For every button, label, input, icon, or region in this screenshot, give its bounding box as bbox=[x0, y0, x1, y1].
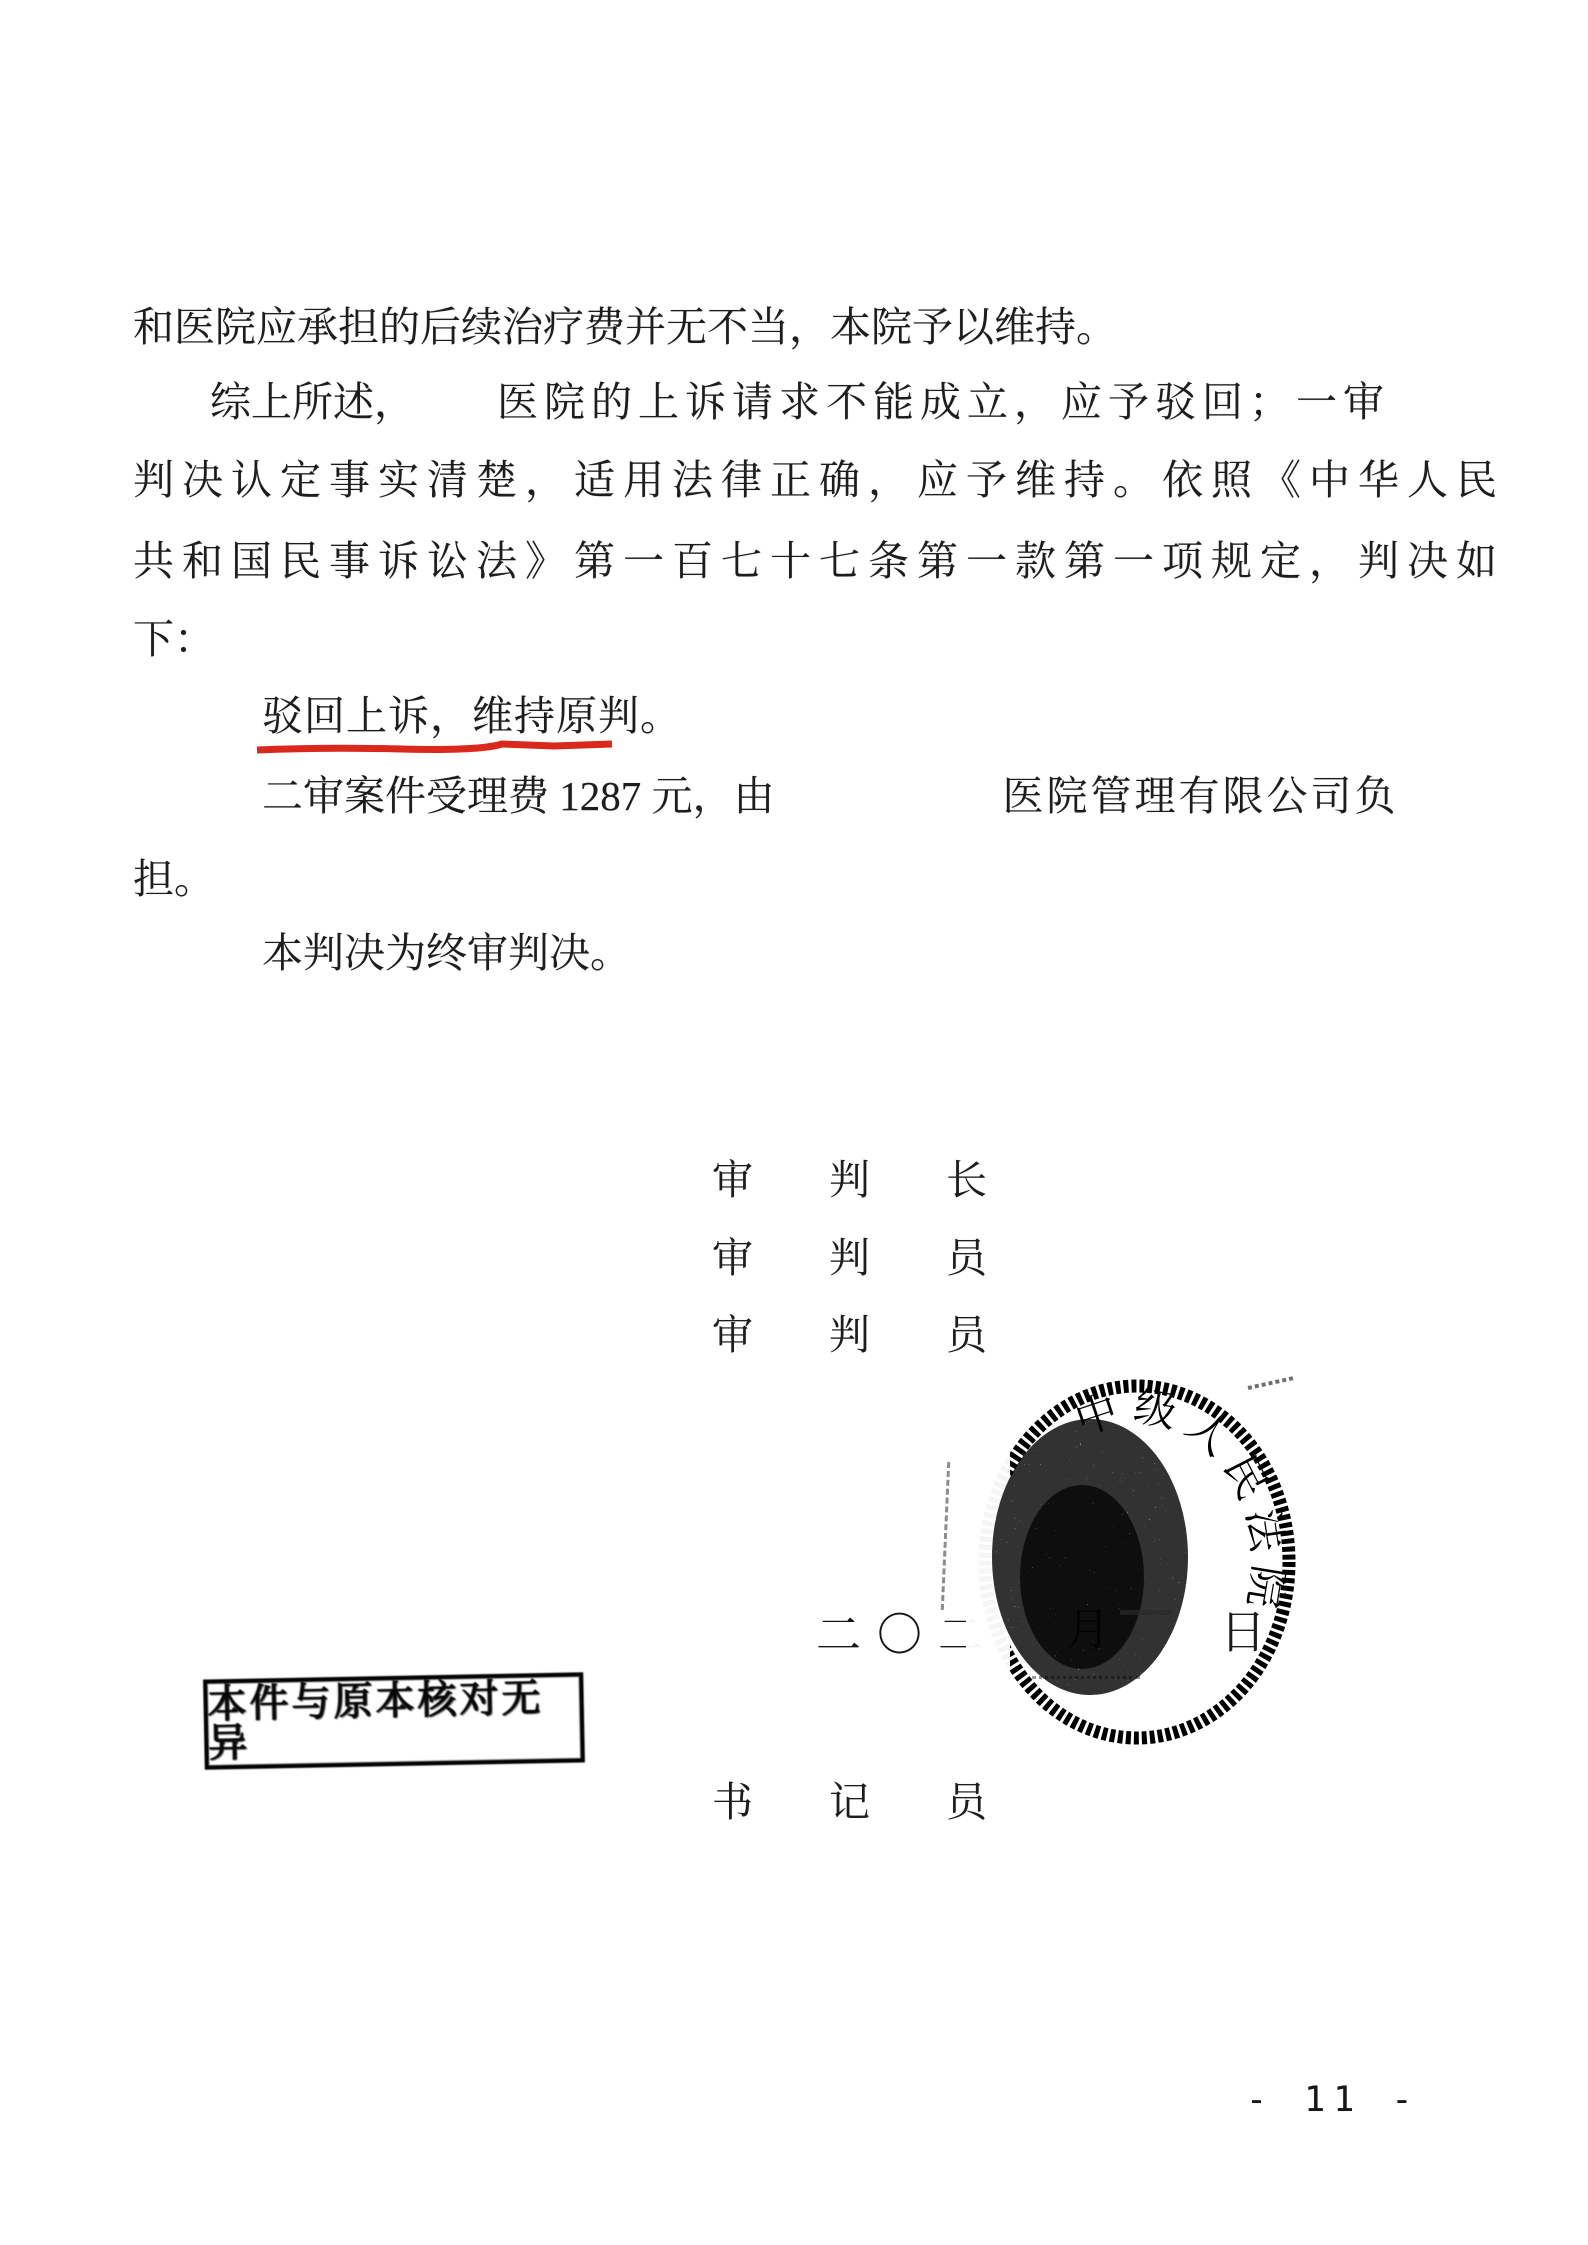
paragraph-line-1: 和医院应承担的后续治疗费并无不当，本院予以维持。 bbox=[133, 303, 1117, 351]
page-number: - 11 - bbox=[1246, 2080, 1420, 2120]
fee-lead-text: 二审案件受理费 1287 元，由 bbox=[262, 773, 775, 819]
verdict-line: 驳回上诉，维持原判。 bbox=[262, 692, 682, 740]
date-day-fragment: 日 bbox=[1220, 1607, 1266, 1658]
judge-label: 审判员 bbox=[712, 1238, 1063, 1279]
date-stroke-fragment bbox=[1120, 1610, 1172, 1615]
fee-line: 二审案件受理费 1287 元，由医院管理有限公司负 bbox=[262, 772, 1399, 820]
line2-rest-text: 医院的上诉请求不能成立，应予驳回；一审 bbox=[497, 379, 1390, 425]
scan-artifact-mark bbox=[941, 1462, 950, 1610]
date-month-fragment: 月 bbox=[1066, 1605, 1110, 1654]
court-seal: 中级人民法院 月 日 bbox=[962, 1372, 1307, 1767]
paragraph-line-2: 综上所述，医院的上诉请求不能成立，应予驳回；一审 bbox=[210, 378, 1390, 426]
presiding-judge-label: 审判长 bbox=[712, 1160, 1063, 1201]
clerk-label: 书记员 bbox=[712, 1782, 1063, 1823]
paragraph-line-5: 下： bbox=[133, 615, 215, 663]
fee-rest-text: 医院管理有限公司负 bbox=[1003, 773, 1399, 819]
line2-lead-text: 综上所述， bbox=[210, 379, 415, 425]
red-underline-annotation bbox=[254, 738, 618, 756]
final-judgment-line: 本判决为终审判决。 bbox=[262, 929, 631, 977]
paragraph-line-3: 判决认定事实清楚，适用法律正确，应予维持。依照《中华人民 bbox=[133, 456, 1505, 504]
certification-stamp-text: 本件与原本核对无异 bbox=[207, 1678, 580, 1763]
certification-stamp: 本件与原本核对无异 bbox=[203, 1672, 585, 1769]
scan-artifact-dash bbox=[1248, 1378, 1294, 1388]
fee-carry-line: 担。 bbox=[133, 855, 215, 903]
paragraph-line-4: 共和国民事诉讼法》第一百七十七条第一款第一项规定，判决如 bbox=[133, 537, 1505, 585]
document-page: 和医院应承担的后续治疗费并无不当，本院予以维持。 综上所述，医院的上诉请求不能成… bbox=[0, 0, 1588, 2245]
judge-label: 审判员 bbox=[712, 1315, 1063, 1356]
